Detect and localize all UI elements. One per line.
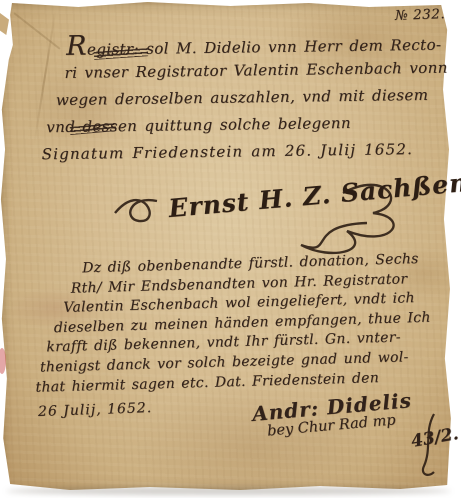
archive-number: № 232. [395, 6, 446, 24]
paper-scrap [0, 13, 9, 35]
manuscript-photo: № 232. Registr: sol M. Didelio vnn Herr … [0, 0, 461, 498]
paper-shadow [6, 487, 451, 495]
order-paragraph: Registr: sol M. Didelio vnn Herr dem Rec… [0, 27, 461, 168]
receipt-paragraph: Dz diß obenbenandte fürstl. donation, Se… [0, 249, 461, 399]
order-line: wegen deroselben auszahlen, vnd mit dies… [56, 81, 461, 114]
